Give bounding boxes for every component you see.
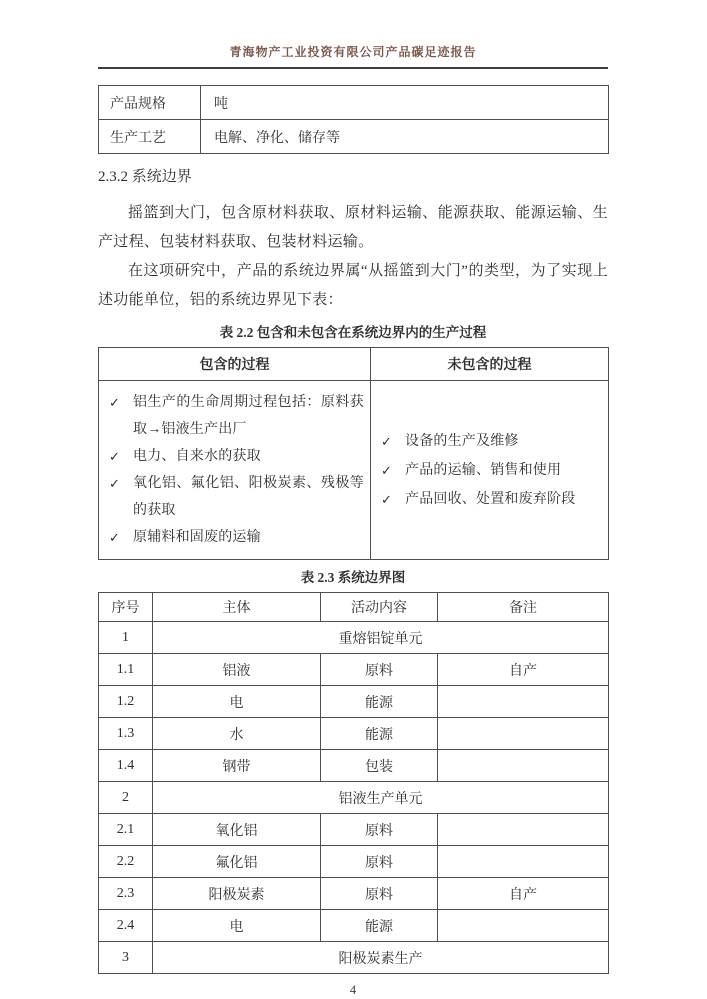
paragraph-system-boundary-scope: 摇篮到大门，包含原材料获取、原材料运输、能源获取、能源运输、生产过程、包装材料获… xyxy=(98,199,608,257)
system-boundary-row: 2.2氟化铝原料 xyxy=(99,846,609,878)
system-boundary-row: 3阳极炭素生产 xyxy=(99,942,609,974)
system-boundary-column-header: 主体 xyxy=(153,593,321,622)
system-boundary-header-row: 序号主体活动内容备注 xyxy=(99,593,609,622)
checklist-item-text: 产品回收、处置和废弃阶段 xyxy=(405,485,602,514)
system-boundary-row: 2铝液生产单元 xyxy=(99,782,609,814)
unit-name: 铝液生产单元 xyxy=(153,782,609,814)
checkmark-icon: ✓ xyxy=(381,456,405,485)
checklist-item-text: 设备的生产及维修 xyxy=(405,427,602,456)
table-2-2-caption: 表 2.2 包含和未包含在系统边界内的生产过程 xyxy=(98,324,608,342)
row-number: 1 xyxy=(99,622,153,654)
unit-name: 阳极炭素生产 xyxy=(153,942,609,974)
row-subject: 钢带 xyxy=(153,750,321,782)
checklist-item-text: 原辅料和固废的运输 xyxy=(133,524,364,551)
boundary-table-header-row: 包含的过程 未包含的过程 xyxy=(99,348,609,381)
row-subject: 电 xyxy=(153,686,321,718)
row-number: 1.2 xyxy=(99,686,153,718)
document-page: 青海物产工业投资有限公司产品碳足迹报告 产品规格吨生产工艺电解、净化、储存等 2… xyxy=(0,0,707,999)
row-subject: 氟化铝 xyxy=(153,846,321,878)
checkmark-icon: ✓ xyxy=(109,470,133,497)
page-number: 4 xyxy=(350,983,356,997)
row-note xyxy=(438,750,609,782)
spec-table-row: 产品规格吨 xyxy=(99,86,609,120)
checklist-item: ✓产品的运输、销售和使用 xyxy=(381,456,602,485)
system-boundary-table: 序号主体活动内容备注 1重熔铝锭单元1.1铝液原料自产1.2电能源1.3水能源1… xyxy=(98,592,609,974)
product-spec-table: 产品规格吨生产工艺电解、净化、储存等 xyxy=(98,85,609,154)
checklist-item-text: 氧化铝、氟化铝、阳极炭素、残极等的获取 xyxy=(133,470,364,524)
system-boundary-row: 1.3水能源 xyxy=(99,718,609,750)
row-number: 2.2 xyxy=(99,846,153,878)
boundary-process-table: 包含的过程 未包含的过程 ✓铝生产的生命周期过程包括：原料获取→铝液生产出厂✓电… xyxy=(98,347,609,560)
row-subject: 铝液 xyxy=(153,654,321,686)
document-header: 青海物产工业投资有限公司产品碳足迹报告 xyxy=(98,0,608,69)
spec-row-label: 生产工艺 xyxy=(99,120,201,154)
row-activity: 能源 xyxy=(321,718,438,750)
spec-row-value: 吨 xyxy=(201,86,609,120)
system-boundary-body: 1重熔铝锭单元1.1铝液原料自产1.2电能源1.3水能源1.4钢带包装2铝液生产… xyxy=(99,622,609,974)
system-boundary-row: 2.1氧化铝原料 xyxy=(99,814,609,846)
system-boundary-column-header: 备注 xyxy=(438,593,609,622)
row-number: 1.1 xyxy=(99,654,153,686)
system-boundary-row: 1.2电能源 xyxy=(99,686,609,718)
excluded-processes-cell: ✓设备的生产及维修✓产品的运输、销售和使用✓产品回收、处置和废弃阶段 xyxy=(371,381,609,560)
row-number: 1.3 xyxy=(99,718,153,750)
row-activity: 原料 xyxy=(321,814,438,846)
system-boundary-row: 2.3阳极炭素原料自产 xyxy=(99,878,609,910)
row-subject: 阳极炭素 xyxy=(153,878,321,910)
checklist-item: ✓产品回收、处置和废弃阶段 xyxy=(381,485,602,514)
row-note xyxy=(438,846,609,878)
checklist-item: ✓设备的生产及维修 xyxy=(381,427,602,456)
checklist-item-text: 铝生产的生命周期过程包括：原料获取→铝液生产出厂 xyxy=(133,389,364,443)
row-activity: 包装 xyxy=(321,750,438,782)
row-activity: 能源 xyxy=(321,686,438,718)
row-number: 2.3 xyxy=(99,878,153,910)
row-number: 1.4 xyxy=(99,750,153,782)
spec-table-row: 生产工艺电解、净化、储存等 xyxy=(99,120,609,154)
system-boundary-row: 2.4电能源 xyxy=(99,910,609,942)
row-number: 2 xyxy=(99,782,153,814)
unit-name: 重熔铝锭单元 xyxy=(153,622,609,654)
boundary-table-body-row: ✓铝生产的生命周期过程包括：原料获取→铝液生产出厂✓电力、自来水的获取✓氧化铝、… xyxy=(99,381,609,560)
excluded-processes-header: 未包含的过程 xyxy=(371,348,609,381)
checkmark-icon: ✓ xyxy=(381,427,405,456)
row-number: 2.1 xyxy=(99,814,153,846)
checklist-item: ✓电力、自来水的获取 xyxy=(109,443,364,470)
row-note xyxy=(438,910,609,942)
system-boundary-column-header: 序号 xyxy=(99,593,153,622)
spec-row-value: 电解、净化、储存等 xyxy=(201,120,609,154)
row-activity: 原料 xyxy=(321,878,438,910)
system-boundary-row: 1重熔铝锭单元 xyxy=(99,622,609,654)
row-activity: 原料 xyxy=(321,654,438,686)
row-subject: 氧化铝 xyxy=(153,814,321,846)
checkmark-icon: ✓ xyxy=(109,389,133,416)
page-footer: 4 xyxy=(98,983,608,998)
included-processes-cell: ✓铝生产的生命周期过程包括：原料获取→铝液生产出厂✓电力、自来水的获取✓氧化铝、… xyxy=(99,381,371,560)
row-note xyxy=(438,718,609,750)
table-2-3-caption: 表 2.3 系统边界图 xyxy=(98,569,608,587)
row-note xyxy=(438,686,609,718)
paragraph-study-boundary: 在这项研究中，产品的系统边界属“从摇篮到大门”的类型，为了实现上述功能单位，铝的… xyxy=(98,257,608,315)
row-number: 3 xyxy=(99,942,153,974)
section-heading: 2.3.2 系统边界 xyxy=(98,167,608,187)
system-boundary-column-header: 活动内容 xyxy=(321,593,438,622)
document-header-title: 青海物产工业投资有限公司产品碳足迹报告 xyxy=(98,44,608,60)
checkmark-icon: ✓ xyxy=(109,443,133,470)
checklist-item-text: 电力、自来水的获取 xyxy=(133,443,364,470)
system-boundary-row: 1.1铝液原料自产 xyxy=(99,654,609,686)
row-activity: 原料 xyxy=(321,846,438,878)
system-boundary-row: 1.4钢带包装 xyxy=(99,750,609,782)
checklist-item: ✓铝生产的生命周期过程包括：原料获取→铝液生产出厂 xyxy=(109,389,364,443)
row-activity: 能源 xyxy=(321,910,438,942)
row-note: 自产 xyxy=(438,654,609,686)
checklist-item: ✓原辅料和固废的运输 xyxy=(109,524,364,551)
spec-table-body: 产品规格吨生产工艺电解、净化、储存等 xyxy=(99,86,609,154)
included-processes-header: 包含的过程 xyxy=(99,348,371,381)
row-subject: 水 xyxy=(153,718,321,750)
spec-row-label: 产品规格 xyxy=(99,86,201,120)
checklist-item-text: 产品的运输、销售和使用 xyxy=(405,456,602,485)
checkmark-icon: ✓ xyxy=(381,485,405,514)
row-number: 2.4 xyxy=(99,910,153,942)
checkmark-icon: ✓ xyxy=(109,524,133,551)
checklist-item: ✓氧化铝、氟化铝、阳极炭素、残极等的获取 xyxy=(109,470,364,524)
row-subject: 电 xyxy=(153,910,321,942)
row-note: 自产 xyxy=(438,878,609,910)
row-note xyxy=(438,814,609,846)
